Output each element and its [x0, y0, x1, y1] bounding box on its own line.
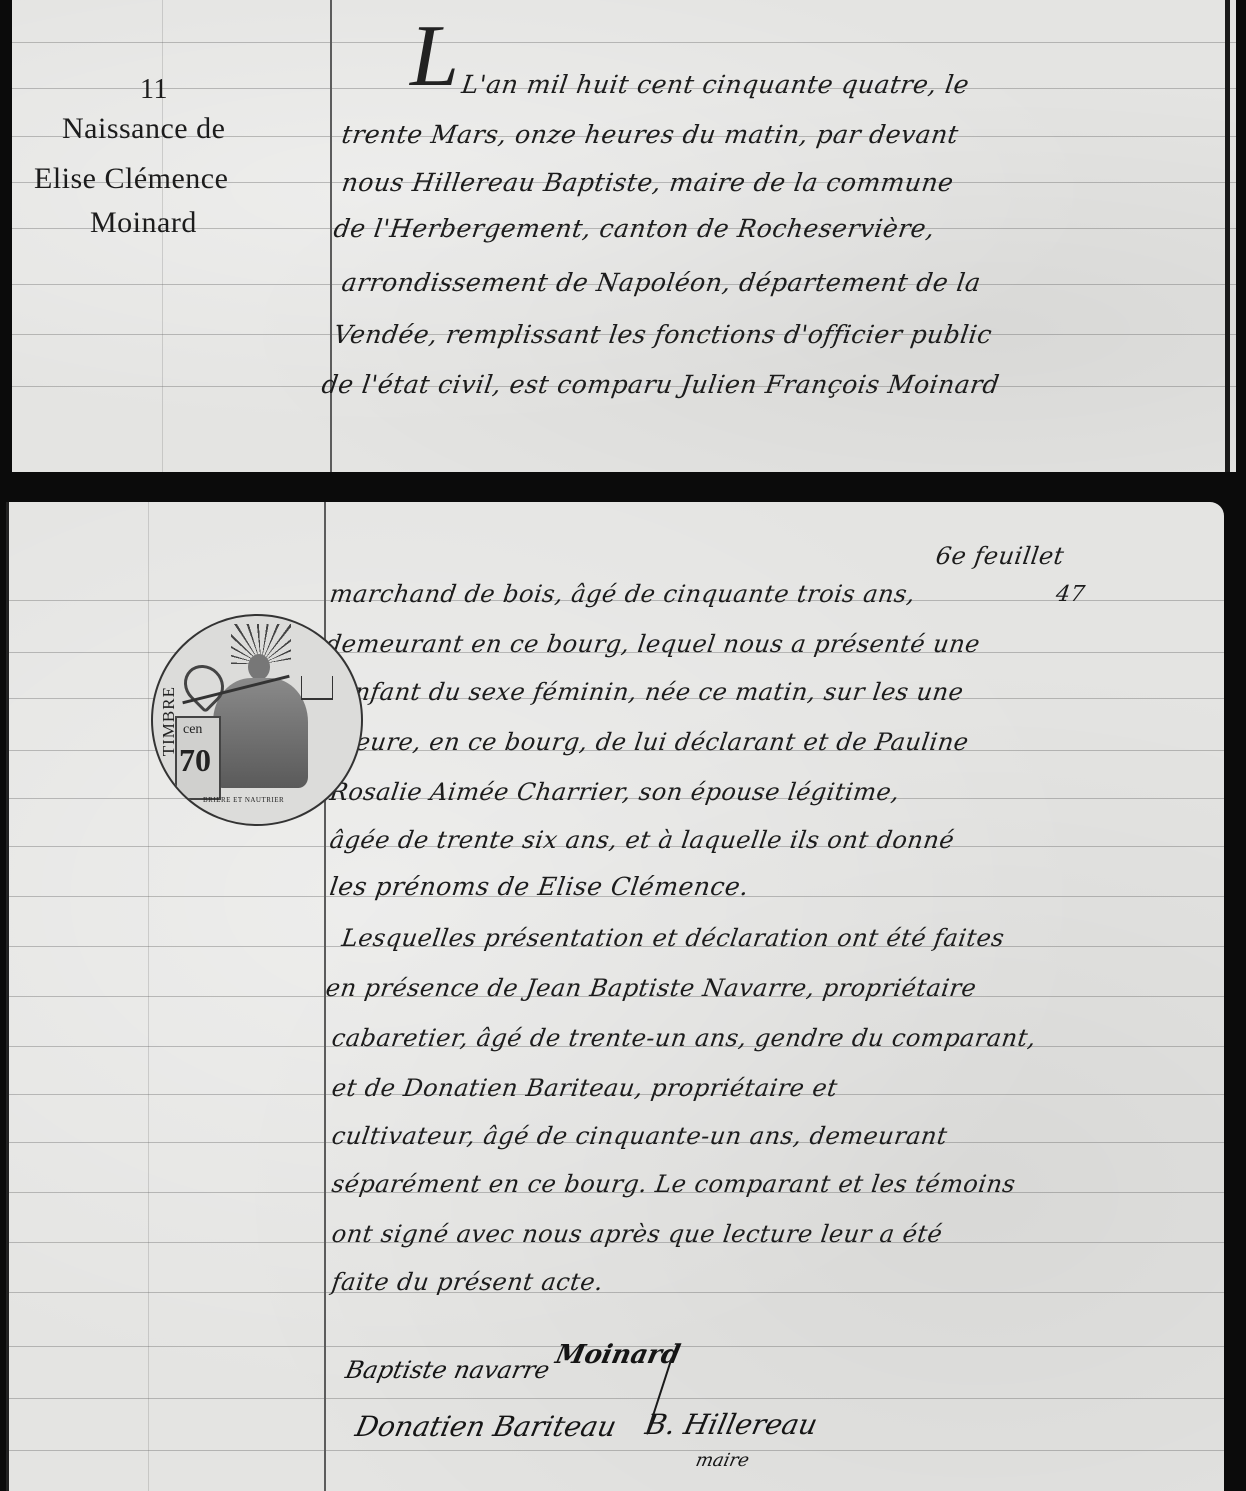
- margin-line: [330, 0, 332, 472]
- record-line: cultivateur, âgé de cinquante-un ans, de…: [330, 1122, 949, 1150]
- scales-icon: [301, 676, 333, 700]
- stamp-cent: cen: [183, 722, 202, 738]
- act-number: 11: [140, 74, 168, 106]
- record-line: L'an mil huit cent cinquante quatre, le: [460, 70, 971, 99]
- ruled-line: [6, 1292, 1224, 1293]
- mayor-title: maire: [694, 1450, 751, 1471]
- record-line: cabaretier, âgé de trente-un ans, gendre…: [330, 1024, 1038, 1052]
- record-line: Vendée, remplissant les fonctions d'offi…: [332, 320, 994, 349]
- margin-title-line: Moinard: [90, 206, 197, 240]
- margin-mark: 47: [1054, 582, 1087, 607]
- record-line: de l'Herbergement, canton de Rocheserviè…: [332, 214, 937, 243]
- faint-column-line: [148, 502, 149, 1491]
- record-line: arrondissement de Napoléon, département …: [340, 268, 983, 297]
- top-page-fragment: 11 Naissance de Elise Clémence Moinard L…: [12, 0, 1236, 472]
- stamp-maker: BRIERE ET NAUTRIER: [203, 796, 284, 804]
- record-line: âgée de trente six ans, et à laquelle il…: [328, 826, 956, 854]
- record-line: et de Donatien Bariteau, propriétaire et: [330, 1074, 839, 1102]
- record-line: de l'état civil, est comparu Julien Fran…: [320, 370, 1001, 399]
- record-line: faite du présent acte.: [330, 1268, 605, 1296]
- record-line: enfant du sexe féminin, née ce matin, su…: [338, 678, 965, 706]
- stamp-value: 70: [179, 742, 211, 779]
- record-line: séparément en ce bourg. Le comparant et …: [330, 1170, 1017, 1198]
- record-line: heure, en ce bourg, de lui déclarant et …: [338, 728, 971, 756]
- record-line: nous Hillereau Baptiste, maire de la com…: [340, 168, 956, 197]
- page-edge: [1225, 0, 1230, 472]
- signature-declarant-moinard: Moinard: [553, 1340, 683, 1370]
- record-line: Lesquelles présentation et déclaration o…: [340, 924, 1006, 952]
- record-line: Rosalie Aimée Charrier, son épouse légit…: [328, 778, 901, 806]
- figure-head-icon: [248, 654, 270, 680]
- seated-justice-figure-icon: [213, 678, 308, 788]
- margin-title-line: Naissance de: [62, 112, 225, 146]
- record-line-given-names: les prénoms de Elise Clémence.: [328, 872, 751, 901]
- signature-mayor-hillereau: B. Hillereau: [642, 1408, 820, 1441]
- record-line: en présence de Jean Baptiste Navarre, pr…: [324, 974, 978, 1002]
- record-line: trente Mars, onze heures du matin, par d…: [340, 120, 960, 149]
- fiscal-stamp-seal: TIMBRE cen 70 BRIERE ET NAUTRIER: [151, 614, 363, 826]
- margin-title-line: Elise Clémence: [34, 162, 228, 196]
- drop-cap: L: [410, 6, 459, 107]
- signature-witness-bariteau: Donatien Bariteau: [352, 1410, 619, 1443]
- folio-note: 6e feuillet: [934, 542, 1066, 570]
- ruled-line: [6, 1398, 1224, 1399]
- record-line: marchand de bois, âgé de cinquante trois…: [328, 580, 917, 608]
- record-line: demeurant en ce bourg, lequel nous a pré…: [324, 630, 982, 658]
- ruled-line: [12, 42, 1236, 43]
- stamp-word: TIMBRE: [159, 686, 179, 756]
- page-edge: [6, 502, 9, 1491]
- ruled-line: [6, 1450, 1224, 1451]
- signature-witness-navarre: Baptiste navarre: [343, 1356, 552, 1384]
- record-line: ont signé avec nous après que lecture le…: [330, 1220, 944, 1248]
